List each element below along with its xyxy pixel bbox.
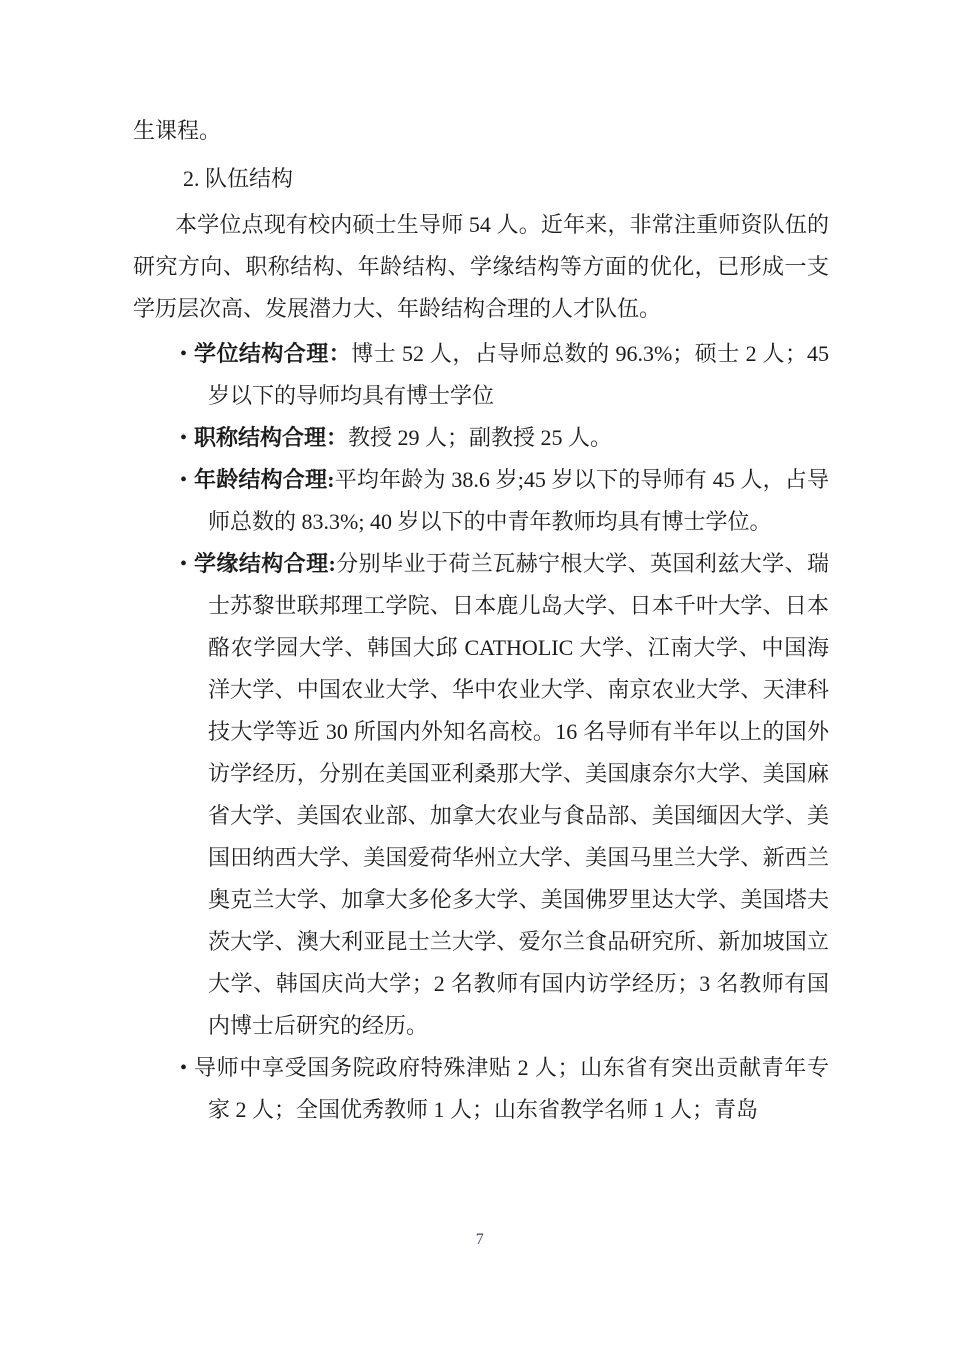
bullet-list: •学位结构合理：博士 52 人，占导师总数的 96.3%；硕士 2 人；45 岁… <box>133 333 829 1131</box>
bullet-label: 职称结构合理： <box>194 425 348 450</box>
bullet-icon: • <box>180 417 187 459</box>
bullet-item-honors: •导师中享受国务院政府特殊津贴 2 人；山东省有突出贡献青年专家 2 人；全国优… <box>208 1047 829 1131</box>
leading-line: 生课程。 <box>133 110 829 152</box>
page-number: 7 <box>476 1231 485 1248</box>
bullet-item-academic-origin-structure: •学缘结构合理:分别毕业于荷兰瓦赫宁根大学、英国利兹大学、瑞士苏黎世联邦理工学院… <box>208 543 829 1047</box>
bullet-item-age-structure: •年龄结构合理:平均年龄为 38.6 岁;45 岁以下的导师有 45 人，占导师… <box>208 459 829 543</box>
bullet-icon: • <box>180 333 187 375</box>
bullet-icon: • <box>180 1047 187 1089</box>
document-body: 生课程。 2. 队伍结构 本学位点现有校内硕士生导师 54 人。近年来，非常注重… <box>133 110 829 1131</box>
bullet-icon: • <box>180 543 187 585</box>
page-footer: 7 <box>0 1228 960 1252</box>
bullet-label: 学位结构合理： <box>194 341 351 366</box>
bullet-text: 教授 29 人；副教授 25 人。 <box>348 425 612 450</box>
bullet-text: 导师中享受国务院政府特殊津贴 2 人；山东省有突出贡献青年专家 2 人；全国优秀… <box>194 1055 829 1122</box>
bullet-item-title-structure: •职称结构合理：教授 29 人；副教授 25 人。 <box>208 417 829 459</box>
bullet-label: 年龄结构合理: <box>194 467 335 492</box>
intro-paragraph: 本学位点现有校内硕士生导师 54 人。近年来，非常注重师资队伍的研究方向、职称结… <box>133 204 829 330</box>
bullet-item-degree-structure: •学位结构合理：博士 52 人，占导师总数的 96.3%；硕士 2 人；45 岁… <box>208 333 829 417</box>
bullet-label: 学缘结构合理: <box>194 551 336 576</box>
bullet-text: 分别毕业于荷兰瓦赫宁根大学、英国利兹大学、瑞士苏黎世联邦理工学院、日本鹿儿岛大学… <box>208 551 829 1038</box>
document-page: 生课程。 2. 队伍结构 本学位点现有校内硕士生导师 54 人。近年来，非常注重… <box>0 0 960 1357</box>
section-heading: 2. 队伍结构 <box>133 158 829 200</box>
bullet-icon: • <box>180 459 187 501</box>
